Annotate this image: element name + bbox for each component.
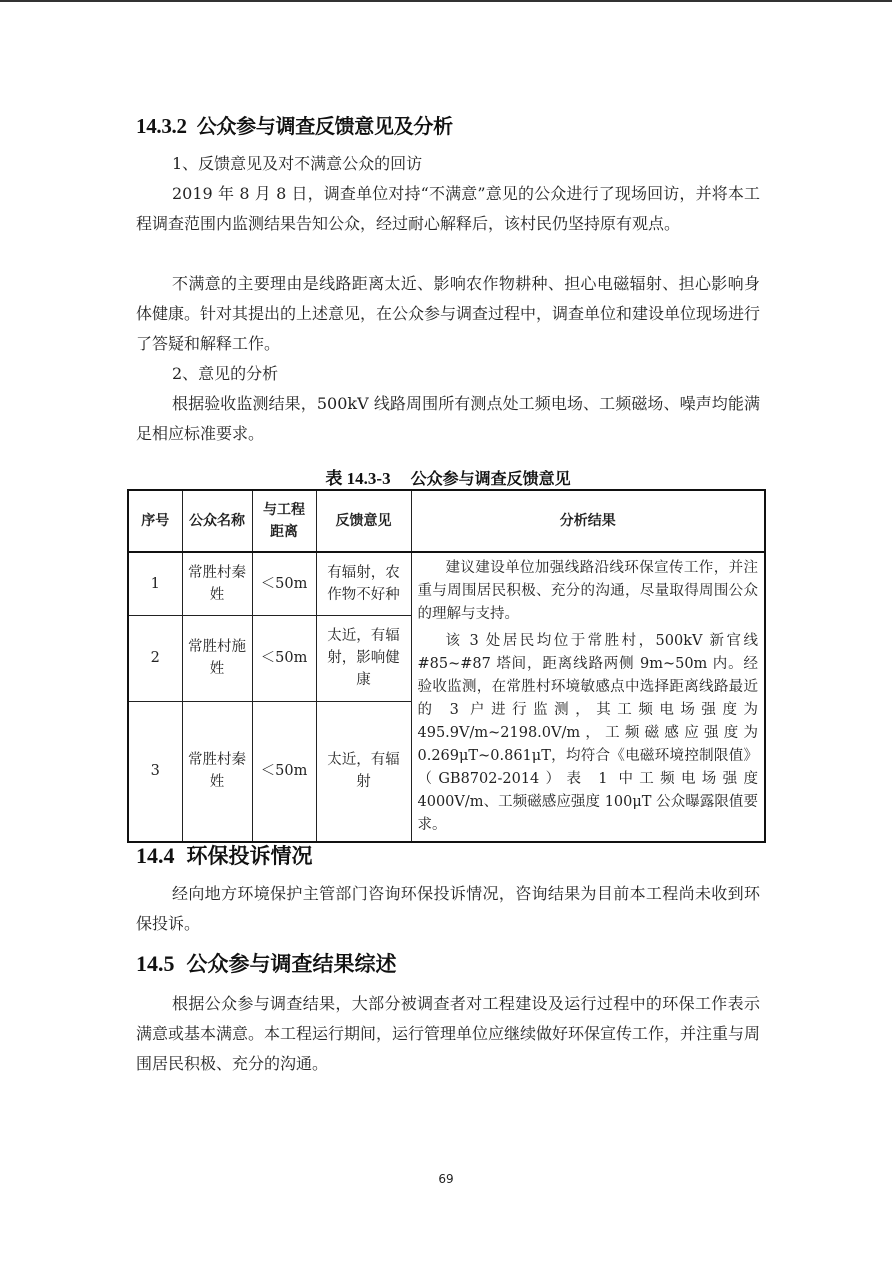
analysis-paragraph-1: 建议建设单位加强线路沿线环保宣传工作，并注重与周围居民积极、充分的沟通，尽量取得…: [418, 557, 759, 626]
table-number: 表 14.3-3: [325, 469, 390, 488]
table-title: 公众参与调查反馈意见: [411, 469, 571, 488]
header-feedback: 反馈意见: [316, 490, 411, 552]
paragraph-complaints: 经向地方环境保护主管部门咨询环保投诉情况，咨询结果为目前本工程尚未收到环保投诉。: [136, 879, 760, 939]
header-distance: 与工程距离: [252, 490, 316, 552]
header-name: 公众名称: [182, 490, 252, 552]
table-header-row: 序号 公众名称 与工程距离 反馈意见 分析结果: [128, 490, 765, 552]
table-caption: 表 14.3-3公众参与调查反馈意见: [136, 464, 760, 489]
table-row: 1 常胜村秦姓 ＜50m 有辐射，农作物不好种 建议建设单位加强线路沿线环保宣传…: [128, 552, 765, 615]
subheading-opinion-analysis: 2、意见的分析: [136, 359, 760, 389]
feedback-table: 序号 公众名称 与工程距离 反馈意见 分析结果 1 常胜村秦姓 ＜50m 有辐射…: [127, 489, 766, 843]
section-number: 14.3.2: [136, 114, 187, 138]
cell-distance: ＜50m: [252, 552, 316, 615]
paragraph-summary: 根据公众参与调查结果，大部分被调查者对工程建设及运行过程中的环保工作表示满意或基…: [136, 989, 760, 1079]
cell-no: 3: [128, 701, 182, 842]
subheading-feedback-revisit: 1、反馈意见及对不满意公众的回访: [136, 149, 760, 179]
section-title: 环保投诉情况: [187, 844, 313, 868]
header-no: 序号: [128, 490, 182, 552]
cell-name: 常胜村施姓: [182, 615, 252, 701]
cell-distance: ＜50m: [252, 615, 316, 701]
cell-no: 2: [128, 615, 182, 701]
cell-analysis: 建议建设单位加强线路沿线环保宣传工作，并注重与周围居民积极、充分的沟通，尽量取得…: [411, 552, 765, 842]
top-border-rule: [0, 0, 892, 2]
cell-name: 常胜村秦姓: [182, 701, 252, 842]
cell-feedback: 太近，有辐射: [316, 701, 411, 842]
cell-name: 常胜村秦姓: [182, 552, 252, 615]
section-title: 公众参与调查反馈意见及分析: [197, 114, 453, 138]
page-number: 69: [0, 1172, 892, 1186]
paragraph-revisit: 2019 年 8 月 8 日，调查单位对持“不满意”意见的公众进行了现场回访，并…: [136, 179, 760, 239]
section-heading-14-3-2: 14.3.2公众参与调查反馈意见及分析: [136, 110, 453, 139]
section-heading-14-5: 14.5公众参与调查结果综述: [136, 948, 397, 978]
section-number: 14.4: [136, 843, 175, 868]
analysis-paragraph-2: 该 3 处居民均位于常胜村，500kV 新官线#85~#87 塔间，距离线路两侧…: [418, 630, 759, 837]
header-analysis: 分析结果: [411, 490, 765, 552]
cell-feedback: 有辐射，农作物不好种: [316, 552, 411, 615]
cell-feedback: 太近，有辐射，影响健康: [316, 615, 411, 701]
cell-distance: ＜50m: [252, 701, 316, 842]
section-heading-14-4: 14.4环保投诉情况: [136, 840, 313, 870]
cell-no: 1: [128, 552, 182, 615]
paragraph-monitoring-results: 根据验收监测结果，500kV 线路周围所有测点处工频电场、工频磁场、噪声均能满足…: [136, 389, 760, 449]
paragraph-dissatisfaction-reasons: 不满意的主要理由是线路距离太近、影响农作物耕种、担心电磁辐射、担心影响身体健康。…: [136, 269, 760, 359]
section-title: 公众参与调查结果综述: [187, 952, 397, 976]
section-number: 14.5: [136, 951, 175, 976]
